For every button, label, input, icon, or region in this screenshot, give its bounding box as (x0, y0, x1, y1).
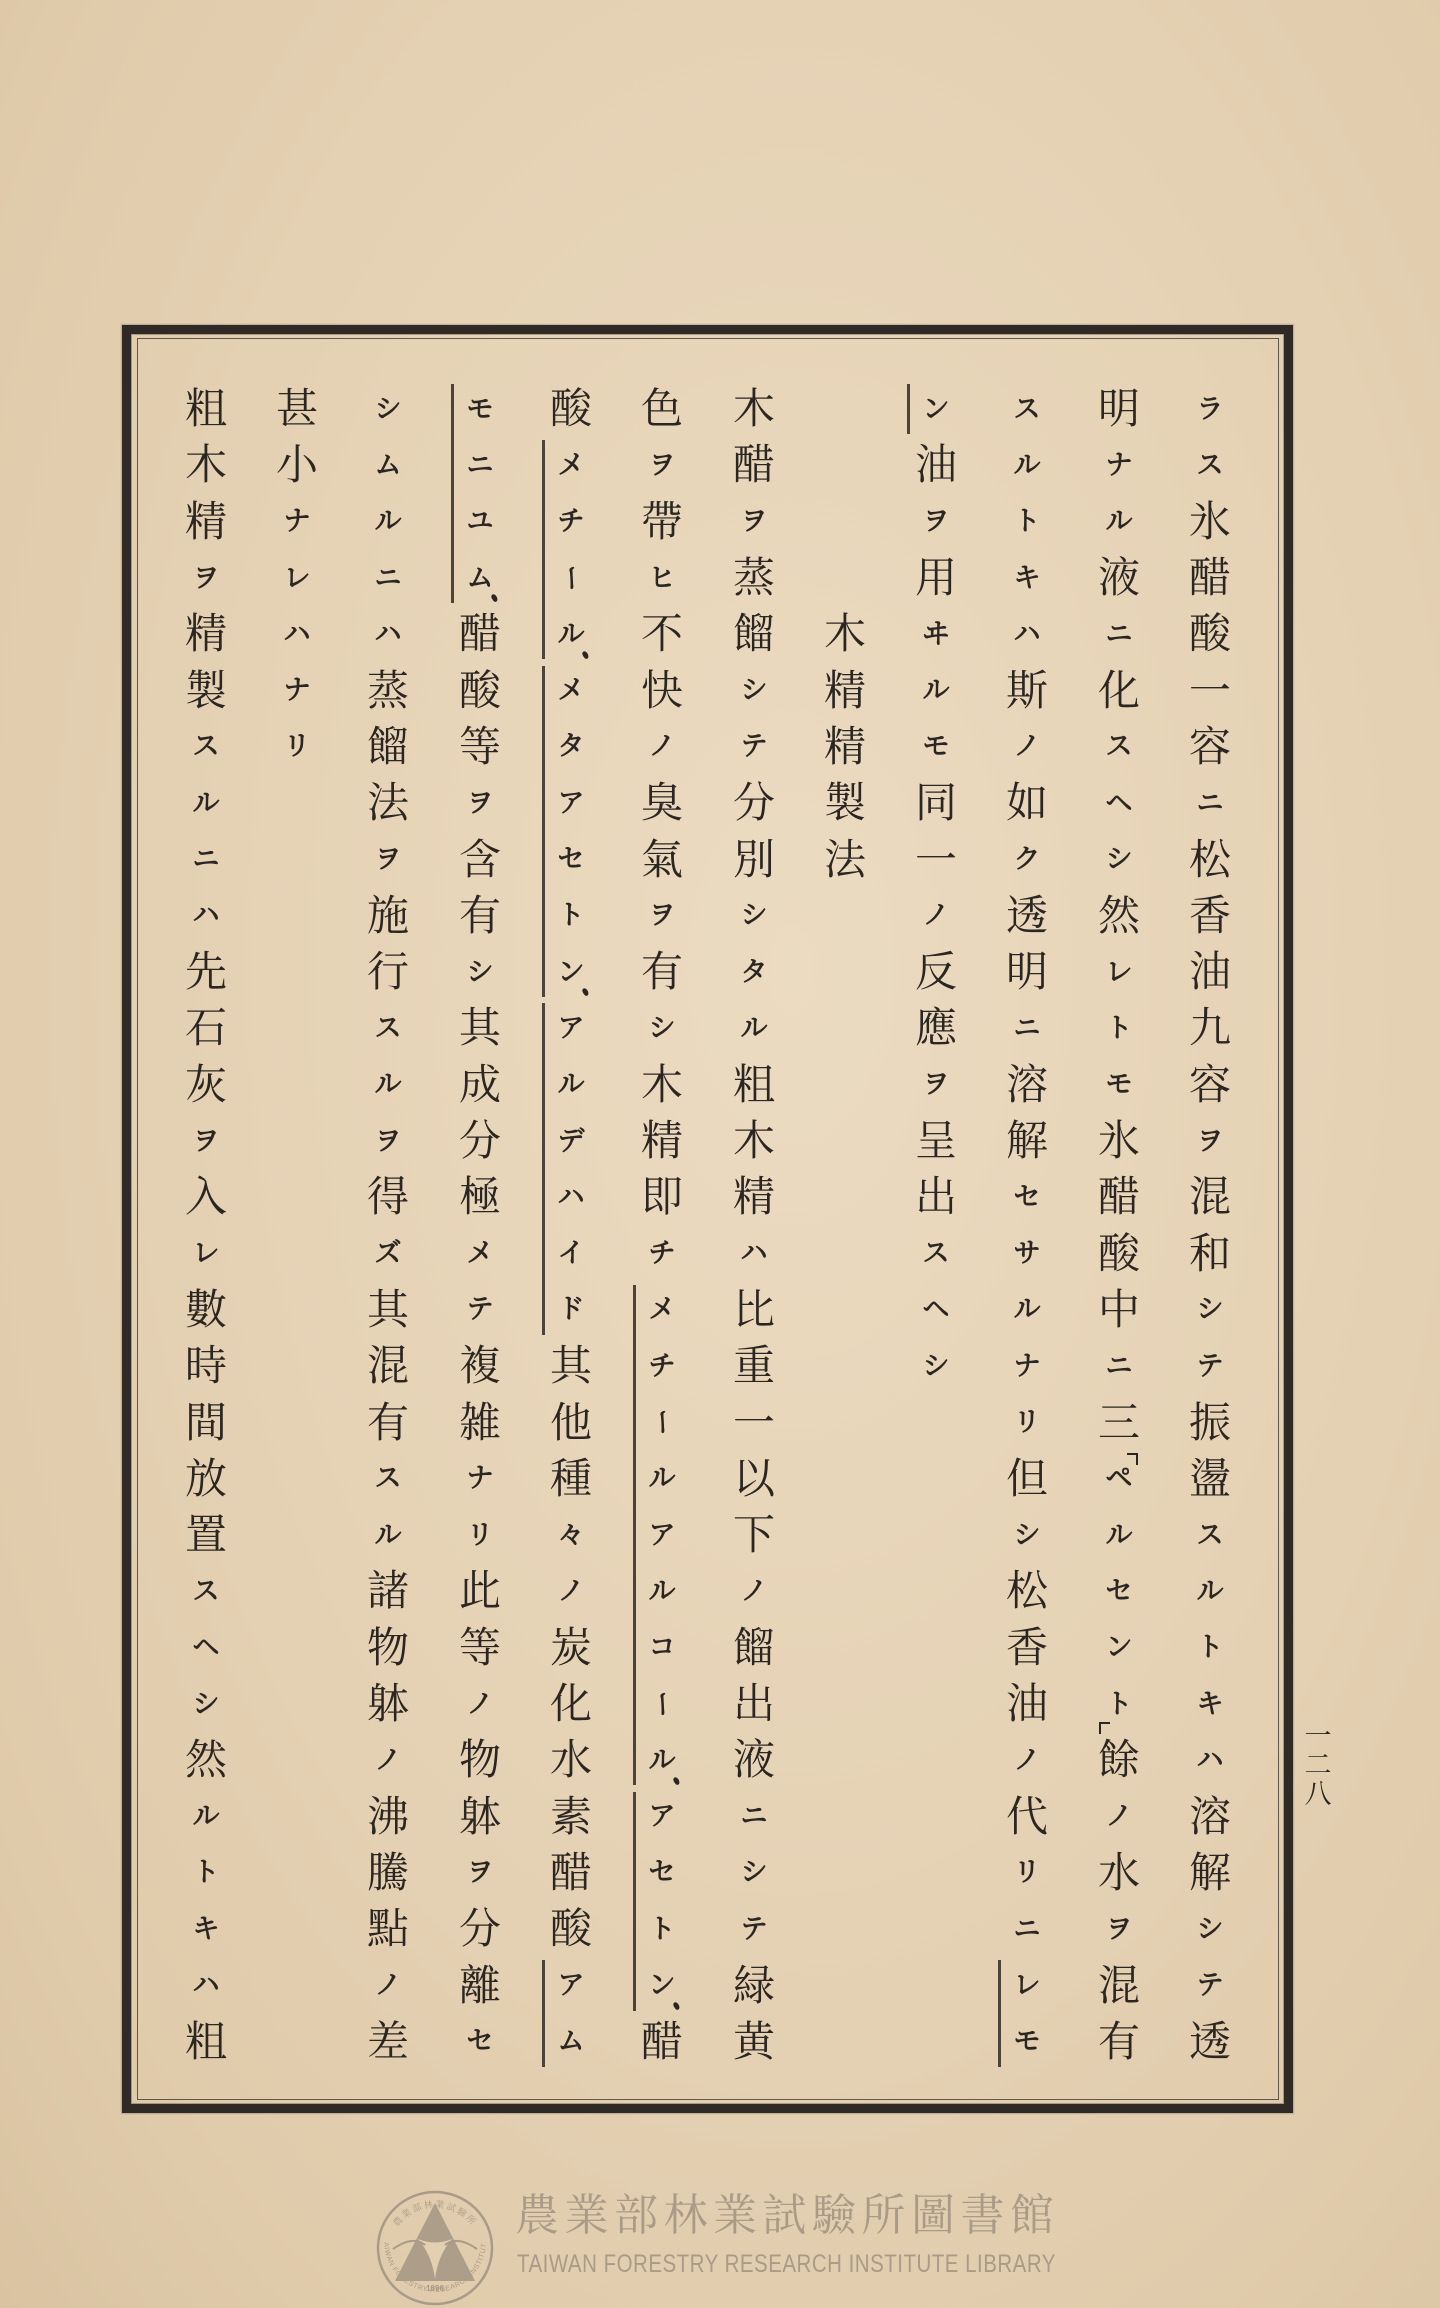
glyph: ハ (541, 1169, 601, 1225)
glyph: 混 (1180, 1169, 1240, 1225)
glyph: ニ (1180, 775, 1240, 831)
glyph: シ (358, 381, 418, 437)
glyph: 粗 (724, 1057, 784, 1113)
proper-noun-sideline (451, 384, 454, 603)
glyph: ス (997, 381, 1057, 437)
glyph: ナ (1089, 437, 1149, 493)
glyph: ヘ (176, 1620, 236, 1676)
glyph: 石 (176, 1000, 236, 1056)
glyph: ド (541, 1282, 601, 1338)
glyph: 醋 (1089, 1169, 1149, 1225)
glyph: デ (541, 1113, 601, 1169)
glyph: 氷 (1089, 1113, 1149, 1169)
glyph: ル (1089, 1507, 1149, 1563)
glyph: タ (541, 719, 601, 775)
glyph: ー (634, 1393, 690, 1453)
glyph: ス (358, 1000, 418, 1056)
glyph: ヲ (906, 494, 966, 550)
glyph: ヲ (906, 1057, 966, 1113)
glyph: シ (724, 663, 784, 719)
glyph: 混 (1089, 1957, 1149, 2013)
glyph: 分 (450, 1901, 510, 1957)
glyph: ヲ (1089, 1901, 1149, 1957)
glyph: 物 (358, 1620, 418, 1676)
glyph: 複 (450, 1338, 510, 1394)
glyph: リ (997, 1845, 1057, 1901)
glyph: ニ (724, 1789, 784, 1845)
glyph: 同 (906, 775, 966, 831)
glyph: ア (541, 775, 601, 831)
glyph: 木 (724, 1113, 784, 1169)
glyph: ル (176, 1789, 236, 1845)
glyph: ル (1180, 1563, 1240, 1619)
glyph: 香 (1180, 888, 1240, 944)
glyph: 成 (450, 1057, 510, 1113)
glyph: 入 (176, 1169, 236, 1225)
glyph: ル (997, 437, 1057, 493)
glyph: ハ (358, 606, 418, 662)
glyph: 醋 (632, 2014, 692, 2070)
glyph: モ (1089, 1057, 1149, 1113)
glyph: 蒸 (724, 550, 784, 606)
glyph: チ (541, 494, 601, 550)
glyph: シ (1089, 831, 1149, 887)
glyph: 色 (632, 381, 692, 437)
glyph: モ (450, 381, 510, 437)
glyph: ニ (1089, 606, 1149, 662)
glyph: 法 (358, 775, 418, 831)
glyph: 香 (997, 1620, 1057, 1676)
glyph: 々 (541, 1507, 601, 1563)
glyph: 黄 (724, 2014, 784, 2070)
glyph: ヲ (358, 831, 418, 887)
glyph: ヒ (632, 550, 692, 606)
glyph: 油 (1180, 944, 1240, 1000)
glyph: ル (358, 1057, 418, 1113)
text-column-10: 甚小ナレハナリ (267, 381, 327, 2070)
glyph: ア (632, 1507, 692, 1563)
glyph: 含 (450, 831, 510, 887)
glyph: 有 (1089, 2014, 1149, 2070)
glyph: ユ (450, 494, 510, 550)
glyph: シ (997, 1507, 1057, 1563)
glyph: ヲ (358, 1113, 418, 1169)
glyph: 有 (450, 888, 510, 944)
glyph: ハ (267, 606, 327, 662)
glyph: 醋 (541, 1845, 601, 1901)
glyph: メ (541, 663, 601, 719)
glyph: ル (358, 1507, 418, 1563)
glyph: ノ (724, 1563, 784, 1619)
glyph: 等 (450, 1620, 510, 1676)
glyph: 製 (176, 663, 236, 719)
glyph: ノ (906, 888, 966, 944)
glyph: 一 (1300, 1722, 1336, 1751)
glyph: 分 (724, 775, 784, 831)
glyph: モ (997, 2014, 1057, 2070)
glyph: キ (176, 1901, 236, 1957)
glyph: テ (724, 1901, 784, 1957)
glyph: 其 (450, 1000, 510, 1056)
glyph: ル (176, 775, 236, 831)
glyph: 混 (358, 1338, 418, 1394)
glyph: 精 (176, 494, 236, 550)
glyph: ヲ (632, 437, 692, 493)
text-column-7: 酸メチール、メタアセトン、アルデハイド其他種々ノ炭化水素醋酸アム (541, 381, 601, 2070)
glyph: 甚 (267, 381, 327, 437)
glyph: サ (997, 1226, 1057, 1282)
glyph: ア (632, 1789, 692, 1845)
glyph: 酸 (541, 1901, 601, 1957)
text-column-8: モニユム、醋酸等ヲ含有シ其成分極メテ複雑ナリ此等ノ物躰ヲ分離セ (450, 381, 510, 2070)
glyph: レ (176, 1226, 236, 1282)
glyph: 精 (815, 719, 875, 775)
page-number: 一二八 (1300, 1722, 1336, 1814)
glyph: 酸 (541, 381, 601, 437)
glyph: ル (1089, 494, 1149, 550)
glyph: 種 (541, 1451, 601, 1507)
glyph: ト (1089, 1000, 1149, 1056)
glyph: ン (906, 381, 966, 437)
logo-year: 1896 (426, 2284, 444, 2293)
glyph: ナ (997, 1338, 1057, 1394)
comma-mark: 、 (581, 649, 593, 661)
glyph: 下 (724, 1507, 784, 1563)
glyph: シ (450, 944, 510, 1000)
glyph: ノ (997, 719, 1057, 775)
glyph: ナ (267, 494, 327, 550)
glyph: シ (906, 1338, 966, 1394)
glyph: ニ (997, 1000, 1057, 1056)
glyph: 透 (997, 888, 1057, 944)
glyph: ヘ (1089, 775, 1149, 831)
glyph: イ (541, 1226, 601, 1282)
glyph: 臭 (632, 775, 692, 831)
glyph: 透 (1180, 2014, 1240, 2070)
glyph: ラ (1180, 381, 1240, 437)
text-column-4: ン油ヲ用ヰルモ同一ノ反應ヲ呈出スヘシ (906, 381, 966, 2070)
glyph: 一 (906, 831, 966, 887)
glyph: ヰ (906, 606, 966, 662)
glyph: 酸 (1180, 606, 1240, 662)
glyph: ズ (358, 1226, 418, 1282)
glyph: 解 (1180, 1845, 1240, 1901)
glyph: 諸 (358, 1563, 418, 1619)
glyph: セ (541, 831, 601, 887)
text-column-5: 木醋ヲ蒸餾シテ分別シタル粗木精ハ比重一以下ノ餾出液ニシテ緑黄 (724, 381, 784, 2070)
glyph: ト (1089, 1676, 1149, 1732)
glyph: ヲ (450, 1845, 510, 1901)
glyph: ル (632, 1563, 692, 1619)
glyph: ア (541, 1957, 601, 2013)
glyph: ニ (450, 437, 510, 493)
glyph: 一 (724, 1394, 784, 1450)
glyph: 緑 (724, 1957, 784, 2013)
glyph: ナ (450, 1451, 510, 1507)
glyph: 點 (358, 1901, 418, 1957)
glyph: ト (541, 888, 601, 944)
glyph: 間 (176, 1394, 236, 1450)
glyph: 精 (815, 663, 875, 719)
glyph: 騰 (358, 1845, 418, 1901)
glyph: ル (541, 1057, 601, 1113)
glyph: 他 (541, 1394, 601, 1450)
glyph: 振 (1180, 1394, 1240, 1450)
glyph: リ (997, 1394, 1057, 1450)
proper-noun-sideline (542, 440, 545, 659)
glyph: 三 (1089, 1394, 1149, 1450)
proper-noun-sideline (542, 1003, 545, 1335)
glyph: 二 (1300, 1751, 1336, 1780)
glyph: 不 (632, 606, 692, 662)
glyph: 粗 (176, 2014, 236, 2070)
glyph: 餾 (358, 719, 418, 775)
glyph: 其 (358, 1282, 418, 1338)
glyph: シ (632, 1000, 692, 1056)
glyph: メ (450, 1226, 510, 1282)
text-column-11: 粗木精ヲ精製スルニハ先石灰ヲ入レ數時間放置スヘシ然ルトキハ粗 (176, 381, 236, 2070)
glyph: ハ (176, 888, 236, 944)
glyph: ノ (450, 1676, 510, 1732)
glyph: 沸 (358, 1789, 418, 1845)
glyph: 解 (997, 1113, 1057, 1169)
glyph: キ (997, 550, 1057, 606)
glyph: 松 (997, 1563, 1057, 1619)
glyph: ン (1089, 1620, 1149, 1676)
glyph: シ (724, 888, 784, 944)
glyph: ル (906, 663, 966, 719)
glyph: 和 (1180, 1226, 1240, 1282)
glyph: 數 (176, 1282, 236, 1338)
glyph: シ (724, 1845, 784, 1901)
glyph: 製 (815, 775, 875, 831)
glyph: リ (267, 719, 327, 775)
comma-mark: 、 (490, 592, 502, 604)
glyph: ニ (1089, 1338, 1149, 1394)
glyph: ヘ (906, 1282, 966, 1338)
glyph: ル (632, 1451, 692, 1507)
glyph: 先 (176, 944, 236, 1000)
glyph: 餾 (724, 1620, 784, 1676)
glyph: 行 (358, 944, 418, 1000)
glyph: 代 (997, 1789, 1057, 1845)
glyph: 灰 (176, 1057, 236, 1113)
glyph: 酸 (1089, 1226, 1149, 1282)
glyph: 精 (724, 1169, 784, 1225)
glyph: 即 (632, 1169, 692, 1225)
glyph: 其 (541, 1338, 601, 1394)
watermark-title: 農業部林業試驗所圖書館 (515, 2194, 1060, 2238)
glyph: 時 (176, 1338, 236, 1394)
glyph: ペ (1089, 1451, 1149, 1507)
glyph: シ (176, 1676, 236, 1732)
glyph: 施 (358, 888, 418, 944)
glyph: 松 (1180, 831, 1240, 887)
glyph: ス (358, 1451, 418, 1507)
glyph: ニ (358, 550, 418, 606)
proper-noun-sideline (633, 1285, 636, 1786)
glyph: チ (632, 1338, 692, 1394)
glyph: 液 (724, 1732, 784, 1788)
glyph: ヲ (176, 1113, 236, 1169)
glyph: ー (634, 1674, 690, 1734)
glyph: 以 (724, 1451, 784, 1507)
glyph: ハ (997, 606, 1057, 662)
proper-noun-sideline (542, 1960, 545, 2067)
glyph: 物 (450, 1732, 510, 1788)
glyph: テ (1180, 1338, 1240, 1394)
glyph: 得 (358, 1169, 418, 1225)
glyph: ヲ (632, 888, 692, 944)
glyph: 素 (541, 1789, 601, 1845)
glyph: 比 (724, 1282, 784, 1338)
glyph: 九 (1180, 1000, 1240, 1056)
glyph: 有 (632, 944, 692, 1000)
glyph: 放 (176, 1451, 236, 1507)
glyph: キ (1180, 1676, 1240, 1732)
glyph: レ (267, 550, 327, 606)
glyph: 餘 (1089, 1732, 1149, 1788)
glyph: 溶 (997, 1057, 1057, 1113)
glyph: 離 (450, 1957, 510, 2013)
glyph: 容 (1180, 719, 1240, 775)
glyph: ク (997, 831, 1057, 887)
glyph: 有 (358, 1394, 418, 1450)
glyph: 帶 (632, 494, 692, 550)
glyph: 酸 (450, 663, 510, 719)
glyph: セ (632, 1845, 692, 1901)
glyph: 反 (906, 944, 966, 1000)
glyph: シ (1180, 1282, 1240, 1338)
glyph: 小 (267, 437, 327, 493)
glyph: ナ (267, 663, 327, 719)
glyph: 油 (997, 1676, 1057, 1732)
glyph: テ (450, 1282, 510, 1338)
glyph: 重 (724, 1338, 784, 1394)
glyph: ノ (358, 1732, 418, 1788)
glyph: ト (1180, 1620, 1240, 1676)
glyph: 水 (1089, 1845, 1149, 1901)
glyph: ノ (1089, 1789, 1149, 1845)
glyph: 如 (997, 775, 1057, 831)
comma-mark: 、 (672, 2000, 684, 2012)
glyph: 快 (632, 663, 692, 719)
glyph: 餾 (724, 606, 784, 662)
glyph: 分 (450, 1113, 510, 1169)
glyph: 差 (358, 2014, 418, 2070)
glyph: 明 (1089, 381, 1149, 437)
glyph: 別 (724, 831, 784, 887)
glyph: 醋 (1180, 550, 1240, 606)
glyph: 然 (1089, 888, 1149, 944)
glyph: 水 (541, 1732, 601, 1788)
glyph: 醋 (724, 437, 784, 493)
glyph: 等 (450, 719, 510, 775)
glyph: 應 (906, 1000, 966, 1056)
glyph: 木 (815, 606, 875, 662)
glyph: ス (176, 719, 236, 775)
glyph: 木 (724, 381, 784, 437)
glyph: 化 (1089, 663, 1149, 719)
proper-noun-sideline (633, 1792, 636, 2011)
text-column-1: ラス氷醋酸一容ニ松香油九容ヲ混和シテ振盪スルトキハ溶解シテ透 (1180, 381, 1240, 2070)
scanned-book-page: ラス氷醋酸一容ニ松香油九容ヲ混和シテ振盪スルトキハ溶解シテ透 明ナル液ニ化スヘシ… (0, 0, 1440, 2308)
glyph: 精 (632, 1113, 692, 1169)
glyph: 精 (176, 606, 236, 662)
library-logo-icon: 農業部林業試驗所 TAIWAN FORESTRY RESEARCH INSTIT… (375, 2189, 495, 2307)
glyph: ル (997, 1282, 1057, 1338)
glyph: 液 (1089, 550, 1149, 606)
glyph: メ (632, 1282, 692, 1338)
glyph: 躰 (450, 1789, 510, 1845)
glyph: 但 (997, 1451, 1057, 1507)
glyph: 雑 (450, 1394, 510, 1450)
glyph: 氣 (632, 831, 692, 887)
glyph: ノ (541, 1563, 601, 1619)
glyph: 溶 (1180, 1789, 1240, 1845)
glyph: メ (541, 437, 601, 493)
glyph: ト (176, 1845, 236, 1901)
text-column-6: 色ヲ帶ヒ不快ノ臭氣ヲ有シ木精即チメチールアルコール、アセトン、醋 (632, 381, 692, 2070)
glyph: タ (724, 944, 784, 1000)
glyph: レ (997, 1957, 1057, 2013)
glyph: ハ (176, 1957, 236, 2013)
glyph: ト (632, 1901, 692, 1957)
glyph: モ (906, 719, 966, 775)
glyph: ト (997, 494, 1057, 550)
glyph: 用 (906, 550, 966, 606)
glyph: ニ (997, 1901, 1057, 1957)
glyph: ス (1180, 1507, 1240, 1563)
glyph: テ (1180, 1957, 1240, 2013)
glyph: ヲ (724, 494, 784, 550)
glyph: 盪 (1180, 1451, 1240, 1507)
glyph: ハ (1180, 1732, 1240, 1788)
glyph: 出 (724, 1676, 784, 1732)
glyph: ニ (176, 831, 236, 887)
glyph: リ (450, 1507, 510, 1563)
glyph: ム (358, 437, 418, 493)
glyph: テ (724, 719, 784, 775)
glyph: レ (1089, 944, 1149, 1000)
glyph: コ (632, 1620, 692, 1676)
proper-noun-sideline (907, 384, 910, 434)
glyph: ス (176, 1563, 236, 1619)
glyph: ノ (358, 1957, 418, 2013)
glyph: 油 (906, 437, 966, 493)
glyph: ヲ (176, 550, 236, 606)
watermark-subtitle: TAIWAN FORESTRY RESEARCH INSTITUTE LIBRA… (517, 2252, 1056, 2277)
glyph: 呈 (906, 1113, 966, 1169)
comma-mark: 、 (672, 1775, 684, 1787)
text-column-2: 明ナル液ニ化スヘシ然レトモ氷醋酸中ニ三「ペルセント」餘ノ水ヲ混有 (1089, 381, 1149, 2070)
glyph: 醋 (450, 606, 510, 662)
glyph: 斯 (997, 663, 1057, 719)
glyph: ル (724, 1000, 784, 1056)
text-column-3: スルトキハ斯ノ如ク透明ニ溶解セサルナリ但シ松香油ノ代リニレモ (997, 381, 1057, 2070)
glyph: 木 (176, 437, 236, 493)
glyph: 炭 (541, 1620, 601, 1676)
glyph: 此 (450, 1563, 510, 1619)
glyph: セ (997, 1169, 1057, 1225)
glyph: ル (358, 494, 418, 550)
glyph: 然 (176, 1732, 236, 1788)
glyph: ー (543, 548, 599, 608)
section-heading: 木精精製法 (815, 381, 875, 2070)
glyph: セ (450, 2014, 510, 2070)
glyph: 出 (906, 1169, 966, 1225)
glyph: ア (541, 1000, 601, 1056)
